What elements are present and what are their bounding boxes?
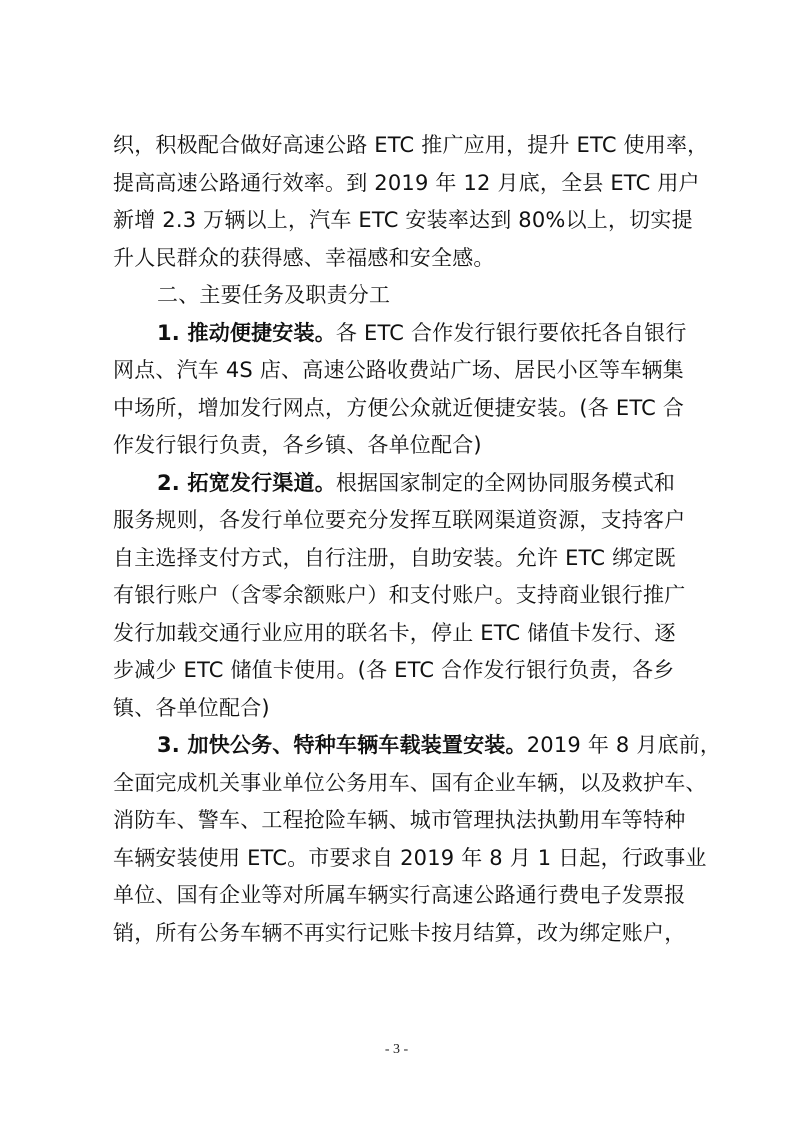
task-title: 2. 拓宽发行渠道。 (157, 471, 336, 495)
task-2-paragraph: 2. 拓宽发行渠道。根据国家制定的全网协同服务模式和 服务规则，各发行单位要充分… (113, 465, 681, 728)
task-title: 3. 加快公务、特种车辆车载装置安装。 (157, 733, 527, 757)
intro-paragraph: 织，积极配合做好高速公路 ETC 推广应用，提升 ETC 使用率， 提高高速公路… (113, 127, 681, 277)
section-heading: 二、主要任务及职责分工 (113, 277, 681, 315)
text-run: 根据国家制定的全网协同服务模式和 (336, 471, 675, 495)
text-line: 3. 加快公务、特种车辆车载装置安装。2019 年 8 月底前， (113, 727, 681, 765)
text-line: 新增 2.3 万辆以上，汽车 ETC 安装率达到 80%以上，切实提 (113, 202, 681, 240)
task-title: 1. 推动便捷安装。 (157, 321, 336, 345)
text-line: 步减少 ETC 储值卡使用。(各 ETC 合作发行银行负责，各乡 (113, 652, 681, 690)
text-line: 服务规则，各发行单位要充分发挥互联网渠道资源，支持客户 (113, 502, 681, 540)
text-line: 中场所，增加发行网点，方便公众就近便捷安装。(各 ETC 合 (113, 390, 681, 428)
page-number: - 3 - (0, 1042, 793, 1058)
text-line: 消防车、警车、工程抢险车辆、城市管理执法执勤用车等特种 (113, 802, 681, 840)
text-run: 各 ETC 合作发行银行要依托各自银行 (336, 321, 687, 345)
text-line: 2. 拓宽发行渠道。根据国家制定的全网协同服务模式和 (113, 465, 681, 503)
task-1-paragraph: 1. 推动便捷安装。各 ETC 合作发行银行要依托各自银行 网点、汽车 4S 店… (113, 315, 681, 465)
text-line: 1. 推动便捷安装。各 ETC 合作发行银行要依托各自银行 (113, 315, 681, 353)
text-run: 2019 年 8 月底前， (527, 733, 721, 757)
text-line: 有银行账户（含零余额账户）和支付账户。支持商业银行推广 (113, 577, 681, 615)
text-line: 单位、国有企业等对所属车辆实行高速公路通行费电子发票报 (113, 877, 681, 915)
text-line: 销，所有公务车辆不再实行记账卡按月结算，改为绑定账户， (113, 915, 681, 953)
text-line: 全面完成机关事业单位公务用车、国有企业车辆，以及救护车、 (113, 765, 681, 803)
text-line: 网点、汽车 4S 店、高速公路收费站广场、居民小区等车辆集 (113, 352, 681, 390)
text-line: 作发行银行负责，各乡镇、各单位配合) (113, 427, 681, 465)
text-line: 升人民群众的获得感、幸福感和安全感。 (113, 240, 681, 278)
document-page-body: 织，积极配合做好高速公路 ETC 推广应用，提升 ETC 使用率， 提高高速公路… (113, 127, 681, 952)
task-3-paragraph: 3. 加快公务、特种车辆车载装置安装。2019 年 8 月底前， 全面完成机关事… (113, 727, 681, 952)
text-line: 织，积极配合做好高速公路 ETC 推广应用，提升 ETC 使用率， (113, 127, 681, 165)
text-line: 提高高速公路通行效率。到 2019 年 12 月底，全县 ETC 用户 (113, 165, 681, 203)
text-line: 镇、各单位配合) (113, 690, 681, 728)
text-line: 自主选择支付方式，自行注册，自助安装。允许 ETC 绑定既 (113, 540, 681, 578)
text-line: 车辆安装使用 ETC。市要求自 2019 年 8 月 1 日起，行政事业 (113, 840, 681, 878)
text-line: 发行加载交通行业应用的联名卡，停止 ETC 储值卡发行、逐 (113, 615, 681, 653)
